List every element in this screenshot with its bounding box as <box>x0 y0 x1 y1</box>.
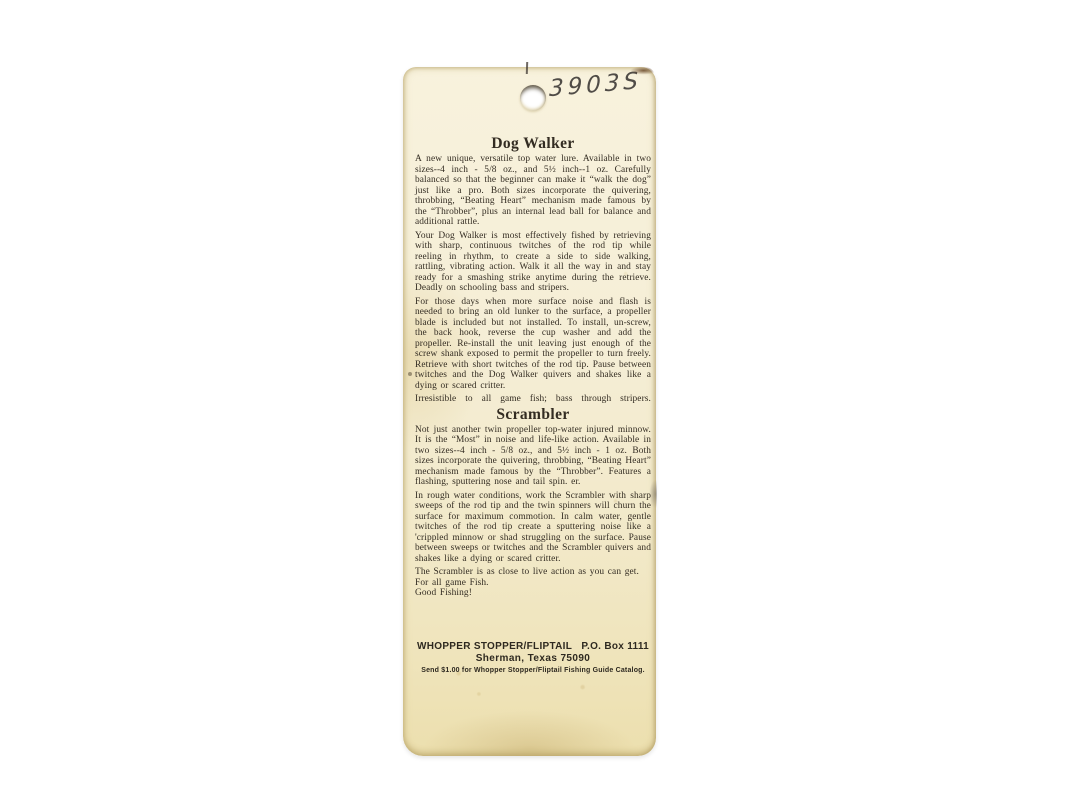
scrambler-paragraph-technique: In rough water conditions, work the Scra… <box>415 491 651 565</box>
publisher-address: Sherman, Texas 75090 <box>415 653 651 665</box>
company-name: WHOPPER STOPPER/FLIPTAIL <box>417 641 572 653</box>
corner-stain <box>625 67 655 77</box>
dog-walker-paragraph-irresistible: Irresistible to all game fish; bass thro… <box>415 394 651 405</box>
scrambler-line-all-game-fish: For all game Fish. <box>415 578 651 589</box>
top-edge-mark <box>526 62 528 74</box>
scrambler-line-good-fishing: Good Fishing! <box>415 588 651 599</box>
po-box: P.O. Box 1111 <box>581 641 649 653</box>
paper-speck <box>408 372 412 376</box>
section-title-dog-walker: Dog Walker <box>415 135 651 152</box>
lure-packaging-card-back: 3903S Dog Walker A new unique, versatile… <box>403 67 656 756</box>
dog-walker-paragraph-propeller: For those days when more surface noise a… <box>415 297 651 392</box>
dog-walker-paragraph-intro: A new unique, versatile top water lure. … <box>415 154 651 228</box>
catalog-note: Send $1.00 for Whopper Stopper/Fliptail … <box>415 665 651 676</box>
scrambler-paragraph-intro: Not just another twin propeller top-wate… <box>415 425 651 488</box>
publisher-info: WHOPPER STOPPER/FLIPTAIL P.O. Box 1111 S… <box>415 641 651 676</box>
section-title-scrambler: Scrambler <box>415 406 651 423</box>
punch-hole <box>520 85 546 111</box>
product-photo: 3903S Dog Walker A new unique, versatile… <box>0 0 1080 810</box>
publisher-line: WHOPPER STOPPER/FLIPTAIL P.O. Box 1111 <box>415 641 651 653</box>
printed-text-block: Dog Walker A new unique, versatile top w… <box>415 135 651 599</box>
scrambler-line-live-action: The Scrambler is as close to live action… <box>415 567 651 578</box>
dog-walker-paragraph-technique: Your Dog Walker is most effectively fish… <box>415 231 651 294</box>
